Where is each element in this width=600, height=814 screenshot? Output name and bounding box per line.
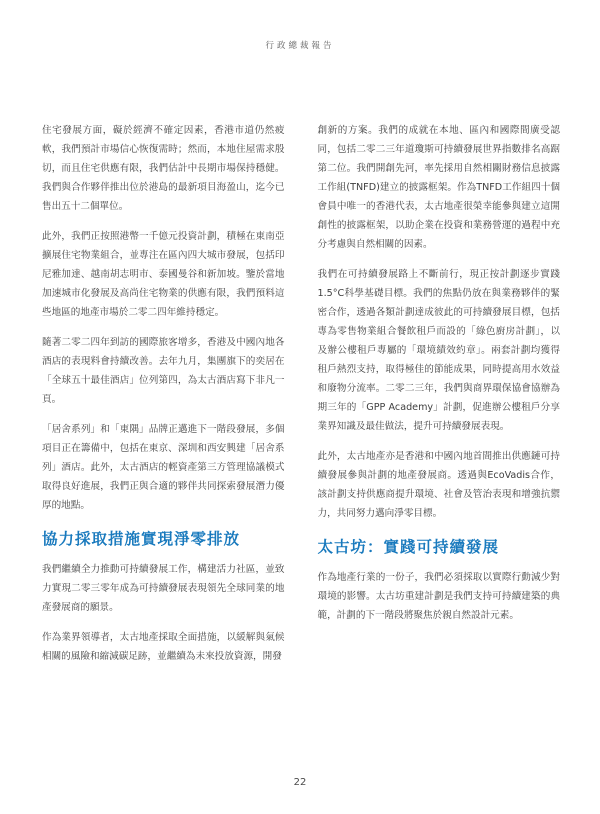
paragraph-hotel-brands: 「居舍系列」和「東隅」品牌正邁進下一階段發展，多個項目正在籌備中，包括在東京、深… — [42, 420, 285, 515]
section-heading-net-zero: 協力採取措施實現淨零排放 — [42, 530, 285, 549]
page-footer: 22 — [0, 770, 600, 789]
paragraph-taikoo-place-redevelopment: 作為地產行業的一份子，我們必須採取以實際行動減少對環境的影響。太古坊重建計劃是我… — [318, 568, 561, 625]
page-number: 22 — [294, 777, 307, 788]
paragraph-supply-chain-ecovadis: 此外，太古地產亦是香港和中國內地首間推出供應鏈可持續發展參與計劃的地產發展商。透… — [318, 447, 561, 523]
paragraph-climate-measures: 作為業界領導者，太古地產採取全面措施，以緩解與氣候相關的風險和縮減碳足跡，並繼續… — [42, 628, 285, 666]
report-page: 行政總裁報告 住宅發展方面，礙於經濟不確定因素，香港市道仍然疲軟，我們預計市場信… — [0, 0, 600, 814]
paragraph-residential-hk: 住宅發展方面，礙於經濟不確定因素，香港市道仍然疲軟，我們預計市場信心恢復需時；然… — [42, 121, 285, 216]
paragraph-recognition-tnfd: 創新的方案。我們的成就在本地、區內和國際間廣受認同，包括二零二三年道瓊斯可持續發… — [318, 121, 561, 254]
left-column: 住宅發展方面，礙於經濟不確定因素，香港市道仍然疲軟，我們預計市場信心恢復需時；然… — [42, 121, 285, 677]
right-column: 創新的方案。我們的成就在本地、區內和國際間廣受認同，包括二零二三年道瓊斯可持續發… — [318, 121, 561, 677]
paragraph-sd-vision: 我們繼續全力推動可持續發展工作，構建活力社區，並致力實現二零三零年成為可持續發展… — [42, 560, 285, 617]
paragraph-sea-investment: 此外，我們正按照港幣一千億元投資計劃，積極在東南亞擴展住宅物業組合，並專注在區內… — [42, 227, 285, 322]
content-columns: 住宅發展方面，礙於經濟不確定因素，香港市道仍然疲軟，我們預計市場信心恢復需時；然… — [42, 121, 560, 677]
section-heading-taikoo-place: 太古坊：實踐可持續發展 — [318, 538, 561, 557]
header-title: 行政總裁報告 — [265, 41, 334, 51]
paragraph-science-targets-partners: 我們在可持續發展路上不斷前行，現正按計劃逐步實踐1.5°C科學基礎目標。我們的焦… — [318, 265, 561, 436]
paragraph-hotels-performance: 隨著二零二四年到訪的國際旅客增多，香港及中國內地各酒店的表現料會持續改善。去年九… — [42, 333, 285, 409]
page-header: 行政總裁報告 — [0, 33, 600, 52]
